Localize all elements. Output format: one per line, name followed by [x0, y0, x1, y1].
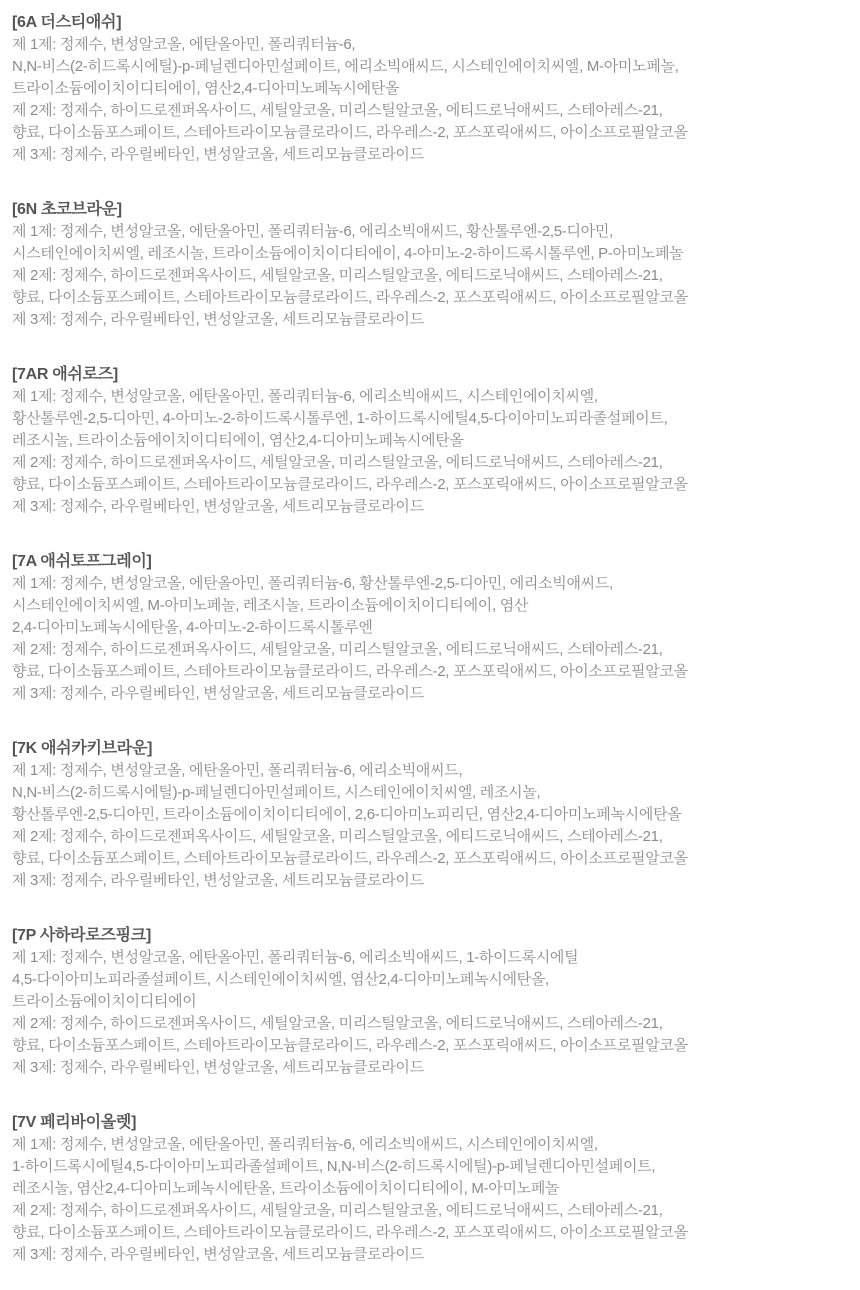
- ingredient-section-7a: [7A 애쉬토프그레이] 제 1제: 정제수, 변성알코올, 에탄올아민, 폴리…: [12, 551, 852, 705]
- ingredient-section-7ar: [7AR 애쉬로즈] 제 1제: 정제수, 변성알코올, 에탄올아민, 폴리쿼터…: [12, 364, 852, 518]
- color-code-heading: [7K 애쉬카키브라운]: [12, 738, 852, 760]
- ingredient-document: [6A 더스티애쉬] 제 1제: 정제수, 변성알코올, 에탄올아민, 폴리쿼터…: [0, 0, 860, 1290]
- color-code-heading: [7AR 애쉬로즈]: [12, 364, 852, 386]
- ingredient-section-7p: [7P 사하라로즈핑크] 제 1제: 정제수, 변성알코올, 에탄올아민, 폴리…: [12, 925, 852, 1079]
- ingredient-text: 제 1제: 정제수, 변성알코올, 에탄올아민, 폴리쿼터늄-6, N,N-비스…: [12, 34, 852, 166]
- ingredient-text: 제 1제: 정제수, 변성알코올, 에탄올아민, 폴리쿼터늄-6, 황산톨루엔-…: [12, 573, 852, 705]
- color-code-heading: [7A 애쉬토프그레이]: [12, 551, 852, 573]
- ingredient-text: 제 1제: 정제수, 변성알코올, 에탄올아민, 폴리쿼터늄-6, 에리소빅애씨…: [12, 386, 852, 518]
- ingredient-text: 제 1제: 정제수, 변성알코올, 에탄올아민, 폴리쿼터늄-6, 에리소빅애씨…: [12, 947, 852, 1079]
- ingredient-text: 제 1제: 정제수, 변성알코올, 에탄올아민, 폴리쿼터늄-6, 에리소빅애씨…: [12, 1134, 852, 1266]
- color-code-heading: [7P 사하라로즈핑크]: [12, 925, 852, 947]
- ingredient-section-6n: [6N 초코브라운] 제 1제: 정제수, 변성알코올, 에탄올아민, 폴리쿼터…: [12, 199, 852, 331]
- color-code-heading: [7V 페리바이올렛]: [12, 1112, 852, 1134]
- ingredient-text: 제 1제: 정제수, 변성알코올, 에탄올아민, 폴리쿼터늄-6, 에리소빅애씨…: [12, 221, 852, 331]
- ingredient-section-7v: [7V 페리바이올렛] 제 1제: 정제수, 변성알코올, 에탄올아민, 폴리쿼…: [12, 1112, 852, 1266]
- ingredient-text: 제 1제: 정제수, 변성알코올, 에탄올아민, 폴리쿼터늄-6, 에리소빅애씨…: [12, 760, 852, 892]
- ingredient-section-7k: [7K 애쉬카키브라운] 제 1제: 정제수, 변성알코올, 에탄올아민, 폴리…: [12, 738, 852, 892]
- ingredient-section-6a: [6A 더스티애쉬] 제 1제: 정제수, 변성알코올, 에탄올아민, 폴리쿼터…: [12, 12, 852, 166]
- color-code-heading: [6N 초코브라운]: [12, 199, 852, 221]
- color-code-heading: [6A 더스티애쉬]: [12, 12, 852, 34]
